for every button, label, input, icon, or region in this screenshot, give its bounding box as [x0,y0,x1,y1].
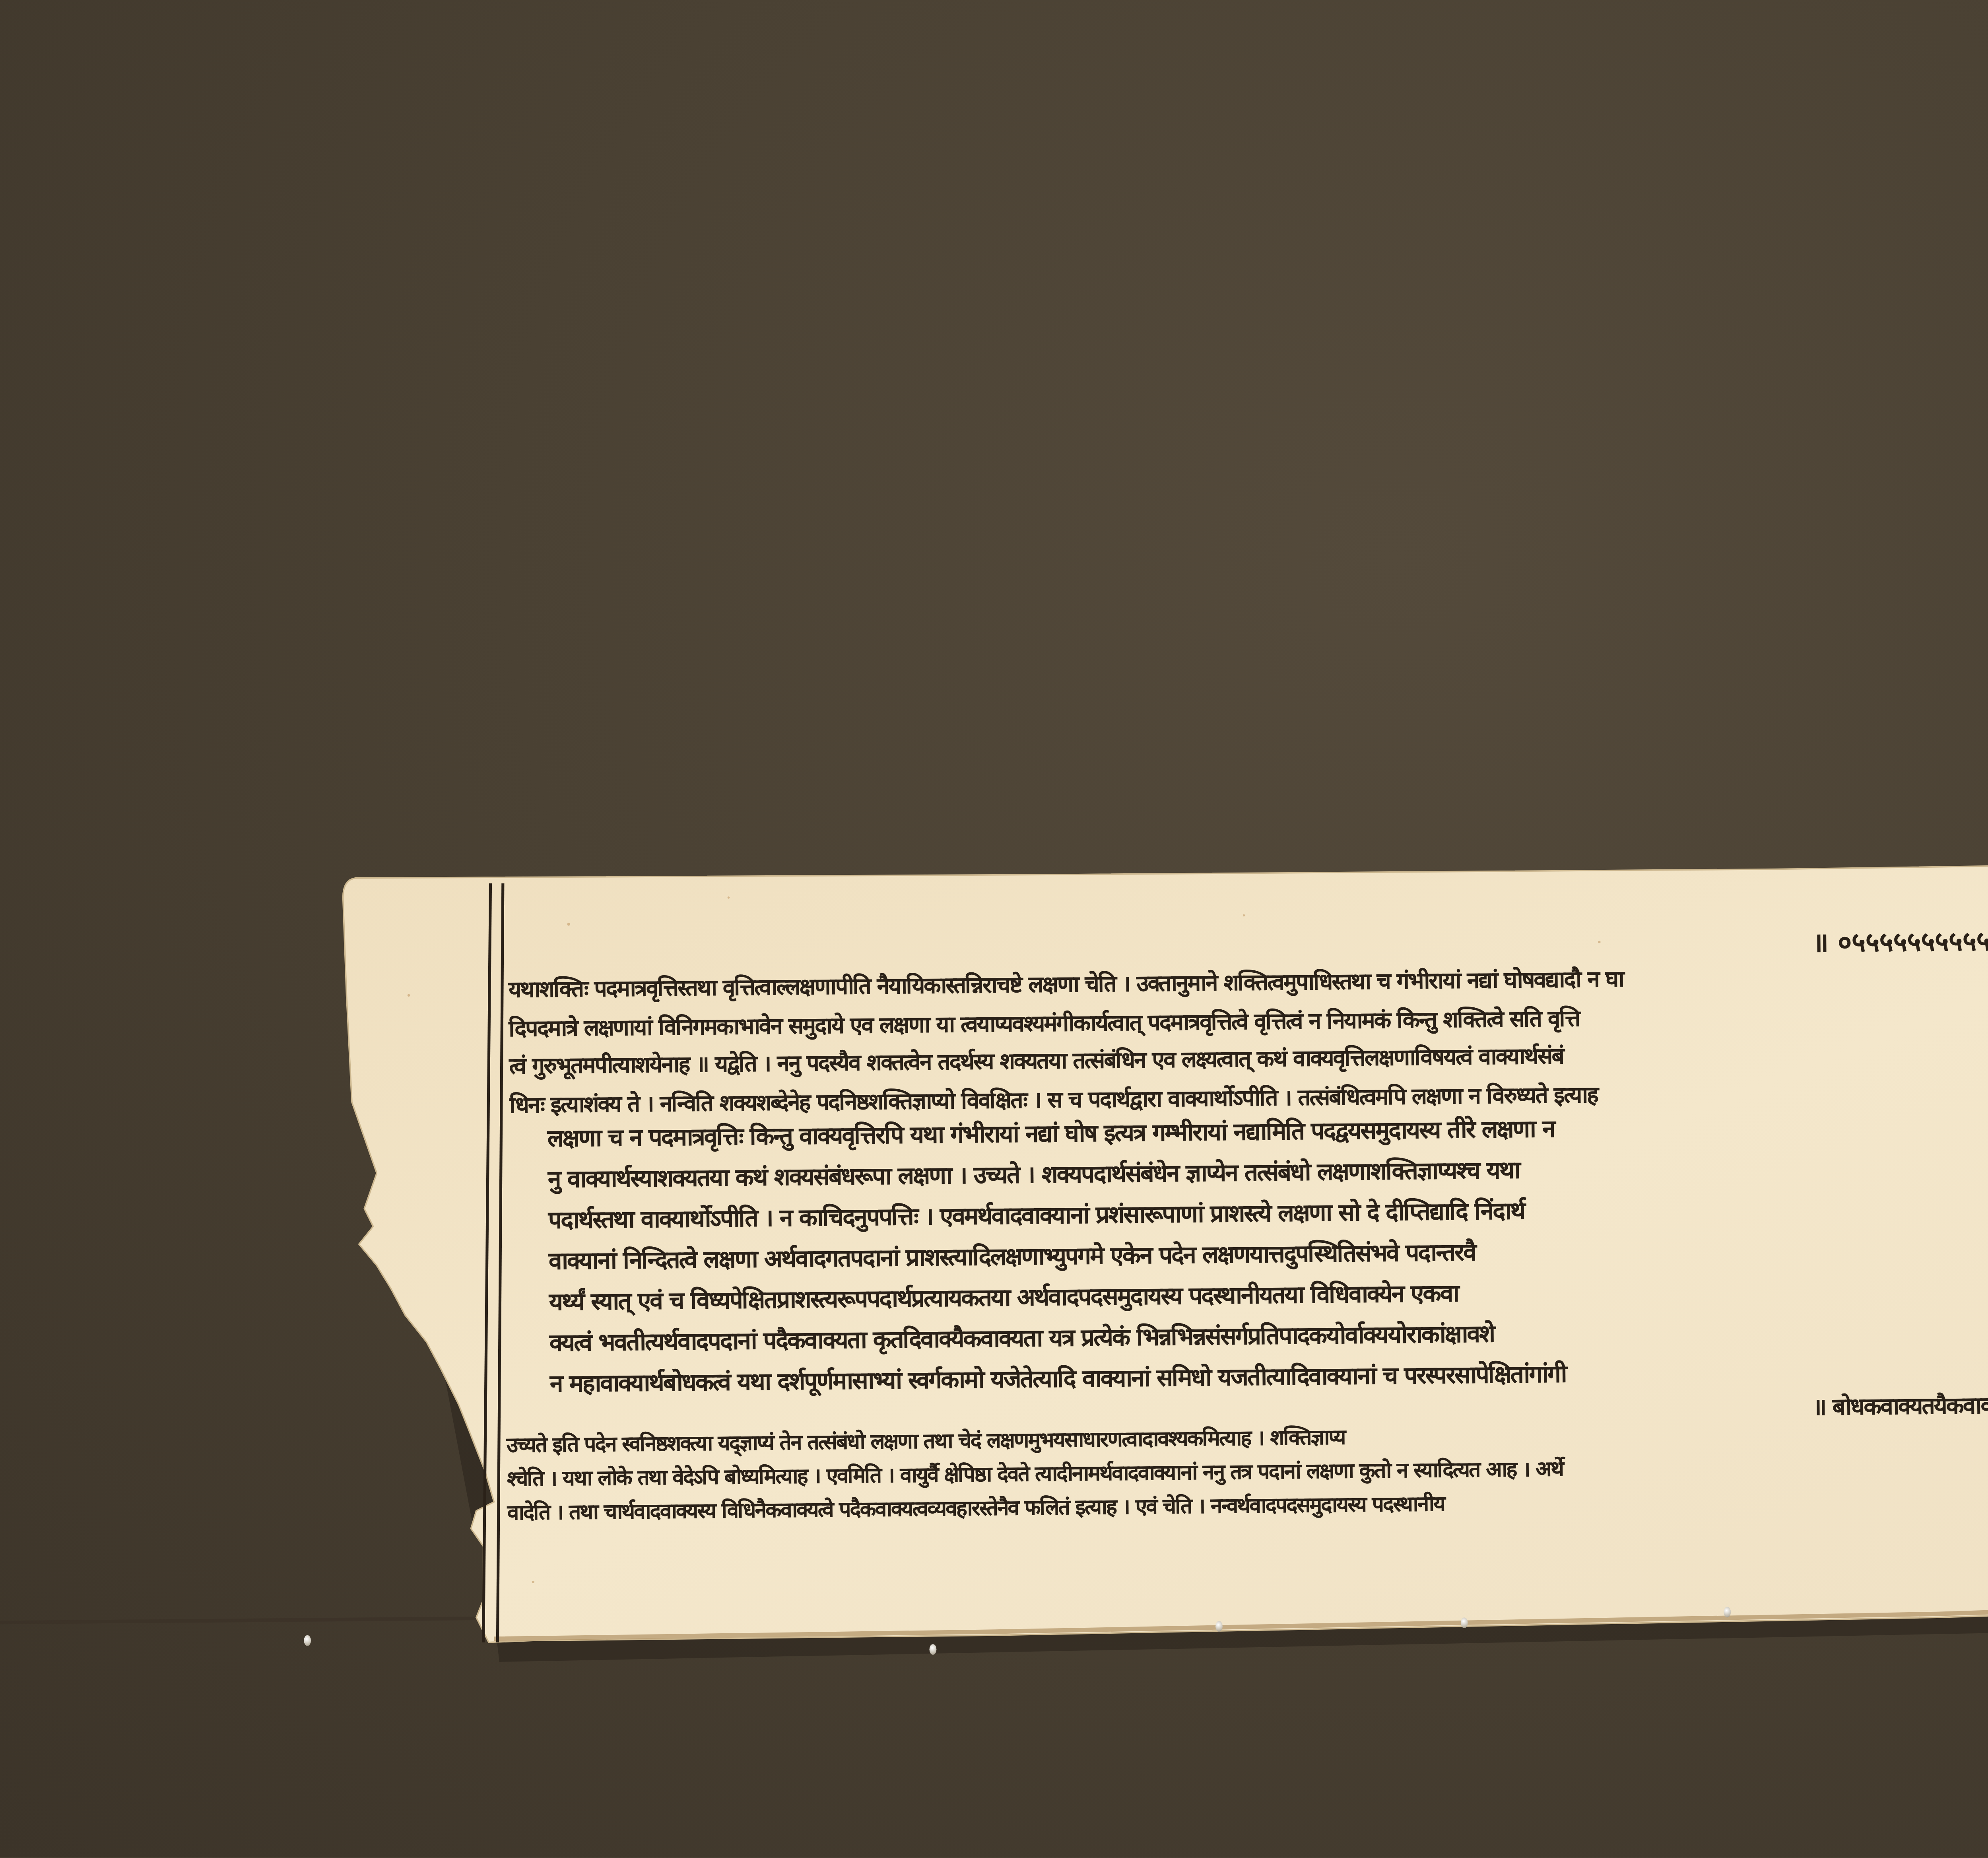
text-line: ॥ बोधकवाक्यतयैकवाक्य [1813,1388,1988,1428]
commentary-lower: उच्यते इति पदेन स्वनिष्ठशक्त्या यद्ज्ञाप… [507,1419,1563,1530]
manuscript-leaf: ॥ ०५५५५५५५५५५ यथाशक्तिः पदमात्रवृत्तिस्त… [0,0,1988,1858]
pin-icon [1461,1617,1468,1628]
leaf-header-marker: ॥ ०५५५५५५५५५५ [1812,923,1988,960]
middle-closing-phrase: ॥ बोधकवाक्यतयैकवाक्य [1813,1388,1988,1428]
pin-icon [1724,1607,1731,1617]
photo-stage: ॥ ०५५५५५५५५५५ यथाशक्तिः पदमात्रवृत्तिस्त… [0,0,1988,1858]
pin-icon [1215,1621,1223,1632]
pin-icon [929,1644,936,1655]
main-text-middle: लक्षणा च न पदमात्रवृत्तिः किन्तु वाक्यवृ… [547,1110,1567,1406]
pin-icon [304,1635,311,1646]
main-text-upper: यथाशक्तिः पदमात्रवृत्तिस्तथा वृत्तित्वाल… [508,960,1625,1123]
leaf-paper-shape [0,0,1988,1858]
